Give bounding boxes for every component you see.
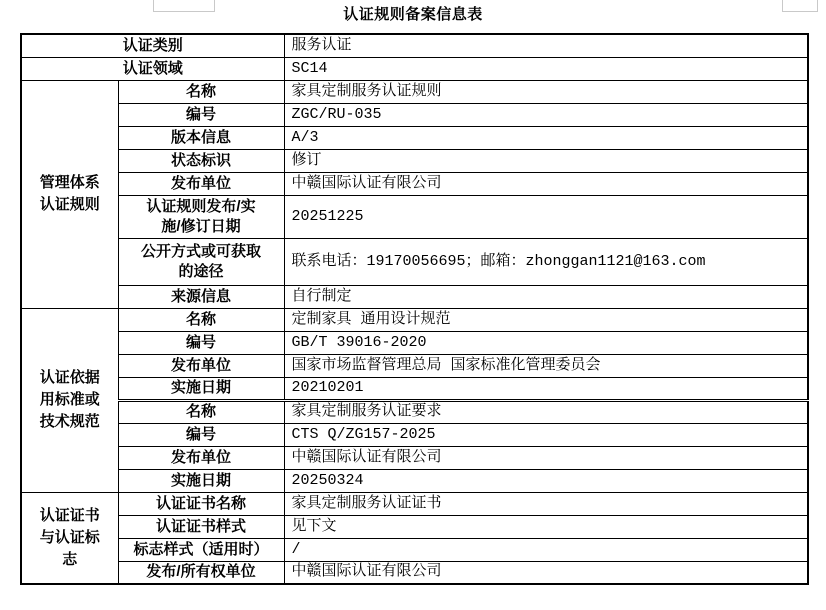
row-value: 中赣国际认证有限公司 <box>284 446 808 469</box>
table-row: 实施日期 20210201 <box>21 377 808 400</box>
row-label: 发布单位 <box>118 354 284 377</box>
row-value: 自行制定 <box>284 285 808 308</box>
table-row: 编号 GB/T 39016-2020 <box>21 331 808 354</box>
table-row: 标志样式（适用时） / <box>21 538 808 561</box>
row-value: A/3 <box>284 126 808 149</box>
page-edge-artifact <box>153 0 215 12</box>
row-value: 家具定制服务认证规则 <box>284 80 808 103</box>
table-row: 来源信息 自行制定 <box>21 285 808 308</box>
row-label: 实施日期 <box>118 377 284 400</box>
row-label: 名称 <box>118 80 284 103</box>
row-value: SC14 <box>284 57 808 80</box>
table-row: 认证依据 用标准或 技术规范 名称 定制家具 通用设计规范 <box>21 308 808 331</box>
row-label: 编号 <box>118 331 284 354</box>
row-label: 认证证书名称 <box>118 492 284 515</box>
row-value: 国家市场监督管理总局 国家标准化管理委员会 <box>284 354 808 377</box>
row-value: 中赣国际认证有限公司 <box>284 561 808 584</box>
filing-info-table: 认证类别 服务认证 认证领域 SC14 管理体系 认证规则 名称 家具定制服务认… <box>20 33 809 585</box>
row-value: 服务认证 <box>284 34 808 57</box>
row-label: 发布单位 <box>118 172 284 195</box>
table-row: 认证证书 与认证标 志 认证证书名称 家具定制服务认证证书 <box>21 492 808 515</box>
table-row: 编号 CTS Q/ZG157-2025 <box>21 423 808 446</box>
row-value: GB/T 39016-2020 <box>284 331 808 354</box>
row-label: 公开方式或可获取 的途径 <box>118 238 284 285</box>
row-label: 版本信息 <box>118 126 284 149</box>
table-row: 认证类别 服务认证 <box>21 34 808 57</box>
table-row: 认证规则发布/实 施/修订日期 20251225 <box>21 195 808 238</box>
table-row: 版本信息 A/3 <box>21 126 808 149</box>
row-value: 家具定制服务认证证书 <box>284 492 808 515</box>
section-label: 认证依据 用标准或 技术规范 <box>21 308 118 492</box>
row-value: 见下文 <box>284 515 808 538</box>
row-value: 联系电话：19170056695；邮箱：zhonggan1121@163.com <box>284 238 808 285</box>
row-label: 名称 <box>118 308 284 331</box>
row-label: 发布/所有权单位 <box>118 561 284 584</box>
row-label: 名称 <box>118 400 284 423</box>
page-title: 认证规则备案信息表 <box>0 6 826 24</box>
row-label: 认证规则发布/实 施/修订日期 <box>118 195 284 238</box>
section-label: 管理体系 认证规则 <box>21 80 118 308</box>
row-label: 发布单位 <box>118 446 284 469</box>
row-value: ZGC/RU-035 <box>284 103 808 126</box>
row-label: 编号 <box>118 423 284 446</box>
table-row: 状态标识 修订 <box>21 149 808 172</box>
row-value: 20210201 <box>284 377 808 400</box>
table-row: 发布单位 国家市场监督管理总局 国家标准化管理委员会 <box>21 354 808 377</box>
row-value: 20250324 <box>284 469 808 492</box>
table-row: 编号 ZGC/RU-035 <box>21 103 808 126</box>
table-row: 发布单位 中赣国际认证有限公司 <box>21 172 808 195</box>
row-value: 定制家具 通用设计规范 <box>284 308 808 331</box>
row-label: 认证证书样式 <box>118 515 284 538</box>
table-row: 认证证书样式 见下文 <box>21 515 808 538</box>
row-value: 20251225 <box>284 195 808 238</box>
row-label: 状态标识 <box>118 149 284 172</box>
table-row: 管理体系 认证规则 名称 家具定制服务认证规则 <box>21 80 808 103</box>
row-label: 标志样式（适用时） <box>118 538 284 561</box>
row-value: 修订 <box>284 149 808 172</box>
table-row: 发布/所有权单位 中赣国际认证有限公司 <box>21 561 808 584</box>
section-label: 认证证书 与认证标 志 <box>21 492 118 584</box>
row-value: 中赣国际认证有限公司 <box>284 172 808 195</box>
row-label: 来源信息 <box>118 285 284 308</box>
table-row: 名称 家具定制服务认证要求 <box>21 400 808 423</box>
row-value: CTS Q/ZG157-2025 <box>284 423 808 446</box>
row-label: 认证领域 <box>21 57 284 80</box>
table-row: 发布单位 中赣国际认证有限公司 <box>21 446 808 469</box>
row-label: 认证类别 <box>21 34 284 57</box>
page-edge-artifact <box>782 0 818 12</box>
row-label: 编号 <box>118 103 284 126</box>
row-value: 家具定制服务认证要求 <box>284 400 808 423</box>
table-row: 认证领域 SC14 <box>21 57 808 80</box>
table-row: 公开方式或可获取 的途径 联系电话：19170056695；邮箱：zhongga… <box>21 238 808 285</box>
row-label: 实施日期 <box>118 469 284 492</box>
row-value: / <box>284 538 808 561</box>
table-row: 实施日期 20250324 <box>21 469 808 492</box>
